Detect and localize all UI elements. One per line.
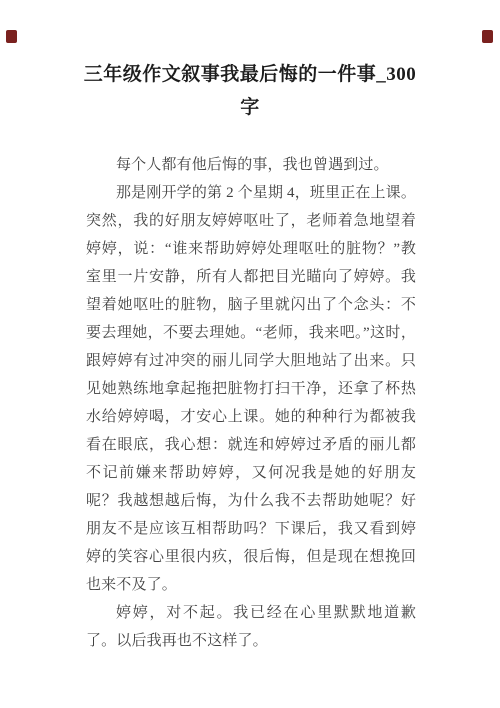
page-title: 三年级作文叙事我最后悔的一件事_300 字: [0, 58, 500, 124]
corner-mark-left: [6, 30, 17, 43]
corner-mark-right: [482, 30, 493, 43]
page-title-line-2: 字: [0, 91, 500, 124]
essay-paragraph-2: 那是刚开学的第 2 个星期 4，班里正在上课。突然，我的好朋友婷婷呕吐了，老师着…: [86, 179, 416, 599]
document-page: 三年级作文叙事我最后悔的一件事_300 字 每个人都有他后悔的事，我也曾遇到过。…: [0, 0, 500, 708]
essay-body: 每个人都有他后悔的事，我也曾遇到过。 那是刚开学的第 2 个星期 4，班里正在上…: [86, 151, 416, 655]
page-title-line-1: 三年级作文叙事我最后悔的一件事_300: [0, 58, 500, 91]
essay-paragraph-1: 每个人都有他后悔的事，我也曾遇到过。: [86, 151, 416, 179]
essay-paragraph-3: 婷婷，对不起。我已经在心里默默地道歉了。以后我再也不这样了。: [86, 599, 416, 655]
